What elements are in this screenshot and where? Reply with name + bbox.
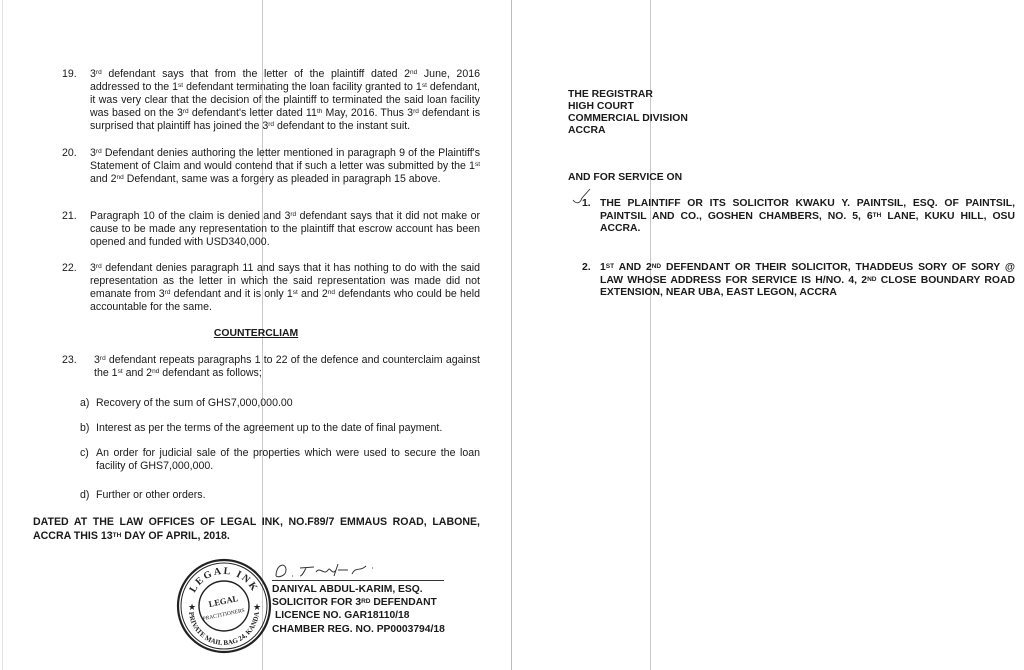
- service-text: THE PLAINTIFF OR ITS SOLICITOR KWAKU Y. …: [600, 198, 1015, 236]
- svg-text:★: ★: [188, 602, 196, 612]
- addressee-line: THE REGISTRAR: [568, 89, 688, 101]
- paragraph-21: 21. Paragraph 10 of the claim is denied …: [62, 210, 480, 249]
- service-number: 2.: [582, 262, 591, 275]
- addressee-line: ACCRA: [568, 125, 688, 137]
- relief-text: Interest as per the terms of the agreeme…: [96, 422, 480, 435]
- paragraph-20: 20. 3rd Defendant denies authoring the l…: [62, 147, 480, 186]
- relief-a: a) Recovery of the sum of GHS7,000,000.0…: [80, 397, 480, 410]
- relief-label: c): [80, 447, 89, 460]
- relief-label: d): [80, 489, 89, 502]
- service-text: 1ST AND 2ND DEFENDANT OR THEIR SOLICITOR…: [600, 262, 1015, 300]
- counterclaim-heading: COUNTERCLIAM: [0, 328, 512, 339]
- stamp-top-text: LEGAL INK: [188, 566, 261, 595]
- paragraph-number: 21.: [62, 210, 77, 223]
- paragraph-number: 19.: [62, 68, 77, 81]
- legal-ink-stamp-icon: LEGAL INK PRIVATE MAIL BAG 24, KANDA ★ ★…: [176, 558, 272, 654]
- service-item-1: 1. THE PLAINTIFF OR ITS SOLICITOR KWAKU …: [600, 198, 1015, 236]
- relief-text: An order for judicial sale of the proper…: [96, 447, 480, 473]
- svg-text:★: ★: [253, 602, 261, 612]
- signer-name: DANIYAL ABDUL-KARIM, ESQ.: [272, 583, 445, 596]
- stamp-inner-1: LEGAL: [208, 593, 240, 609]
- svg-text:LEGAL INK: LEGAL INK: [188, 566, 261, 595]
- paragraph-number: 23.: [62, 354, 77, 367]
- service-item-2: 2. 1ST AND 2ND DEFENDANT OR THEIR SOLICI…: [600, 262, 1015, 300]
- service-number: 1.: [582, 198, 591, 211]
- signer-role: SOLICITOR FOR 3RD DEFENDANT: [272, 596, 445, 609]
- relief-b: b) Interest as per the terms of the agre…: [80, 422, 480, 435]
- relief-label: a): [80, 397, 89, 410]
- signature-icon: [272, 558, 402, 582]
- paragraph-text: 3rd Defendant denies authoring the lette…: [90, 147, 480, 186]
- paragraph-text: 3rd defendant denies paragraph 11 and sa…: [90, 262, 480, 314]
- paragraph-text: Paragraph 10 of the claim is denied and …: [90, 210, 480, 249]
- relief-text: Further or other orders.: [96, 489, 480, 502]
- addressee-line: COMMERCIAL DIVISION: [568, 113, 688, 125]
- paragraph-23: 23. 3rd defendant repeats paragraphs 1 t…: [62, 354, 480, 380]
- signer-block: DANIYAL ABDUL-KARIM, ESQ. SOLICITOR FOR …: [272, 583, 445, 636]
- signer-licence: LICENCE NO. GAR18110/18: [272, 609, 445, 622]
- dated-statement: DATED AT THE LAW OFFICES OF LEGAL INK, N…: [33, 516, 480, 543]
- paragraph-19: 19. 3rd defendant says that from the let…: [62, 68, 480, 133]
- relief-c: c) An order for judicial sale of the pro…: [80, 447, 480, 473]
- signer-chamber: CHAMBER REG. NO. PP0003794/18: [272, 623, 445, 636]
- stamp-inner-2: PRACTITIONERS: [202, 608, 245, 623]
- paragraph-22: 22. 3rd defendant denies paragraph 11 an…: [62, 262, 480, 314]
- addressee-block: THE REGISTRAR HIGH COURT COMMERCIAL DIVI…: [568, 89, 688, 137]
- paragraph-number: 22.: [62, 262, 77, 275]
- paragraph-number: 20.: [62, 147, 77, 160]
- paragraph-text: 3rd defendant says that from the letter …: [90, 68, 480, 133]
- addressee-line: HIGH COURT: [568, 101, 688, 113]
- paragraph-text: 3rd defendant repeats paragraphs 1 to 22…: [94, 354, 480, 380]
- relief-label: b): [80, 422, 89, 435]
- service-heading: AND FOR SERVICE ON: [568, 172, 682, 183]
- relief-d: d) Further or other orders.: [80, 489, 480, 502]
- relief-text: Recovery of the sum of GHS7,000,000.00: [96, 397, 480, 410]
- signature-line: [272, 580, 444, 581]
